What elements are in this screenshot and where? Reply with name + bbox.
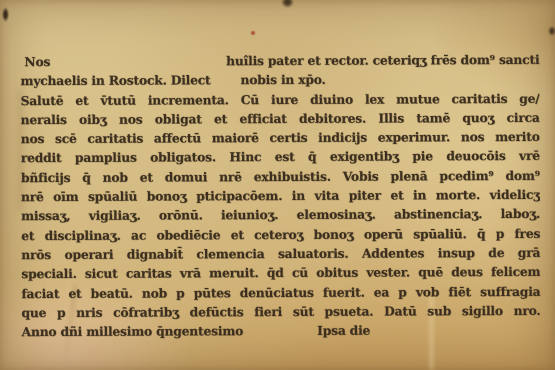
text-line: neralis oibʒ nos obligat et efficiat deb… — [21, 108, 540, 130]
text-line: nos scē caritatis affectū maiorē certis … — [21, 127, 540, 149]
date-left: Anno dñi millesimo q̄ngentesimo — [22, 321, 244, 341]
text-line: reddit pamplius obligatos. Hinc est q̄ e… — [21, 146, 540, 168]
salutation-right: huîlis pater et rector. ceteriqʒ frēs do… — [226, 50, 539, 71]
ink-speck — [548, 26, 555, 36]
red-speck — [251, 31, 255, 35]
date-right: Ipsa die — [317, 321, 370, 341]
text-line-address: mychaelis in Rostock. Dilect nobis in xp… — [20, 69, 539, 91]
salutation-left: Nos — [24, 52, 50, 71]
letter-text: Nos huîlis pater et rector. ceteriqʒ frē… — [20, 50, 540, 342]
text-line: Salutē et v̄tutū incrementa. Cū iure diu… — [21, 88, 540, 110]
parchment-page: Nos huîlis pater et rector. ceteriqʒ frē… — [0, 0, 555, 370]
text-line-date: Anno dñi millesimo q̄ngentesimo Ipsa die — [22, 320, 541, 342]
text-line: bñficijs q̄ nob et domui nrē exhibuistis… — [21, 166, 540, 188]
text-line: nrē oīm spūaliū bonoʒ pticipacōem. in vi… — [21, 185, 540, 207]
text-line-salutation: Nos huîlis pater et rector. ceteriqʒ frē… — [20, 50, 539, 72]
text-line: faciat et beatū. nob p pūtes denūciatus … — [21, 281, 540, 303]
text-line: nrōs operari dignabit̄ clemencia saluato… — [21, 243, 540, 265]
text-line: et disciplinaʒ. ac obediēcie et ceteroʒ … — [21, 224, 540, 246]
text-line: speciali. sicut caritas vrā meruit. q̄d … — [21, 262, 540, 284]
ink-speck — [2, 7, 9, 22]
address-right: nobis in xp̄o. — [240, 70, 325, 90]
text-line: que p nris cōfratribʒ defūctis fieri sūt… — [21, 301, 540, 323]
address-left: mychaelis in Rostock. Dilect — [20, 71, 210, 91]
text-line: missaʒ, vigiliaʒ. orōnū. ieiunioʒ. elemo… — [21, 204, 540, 226]
ink-speck — [281, 0, 294, 8]
